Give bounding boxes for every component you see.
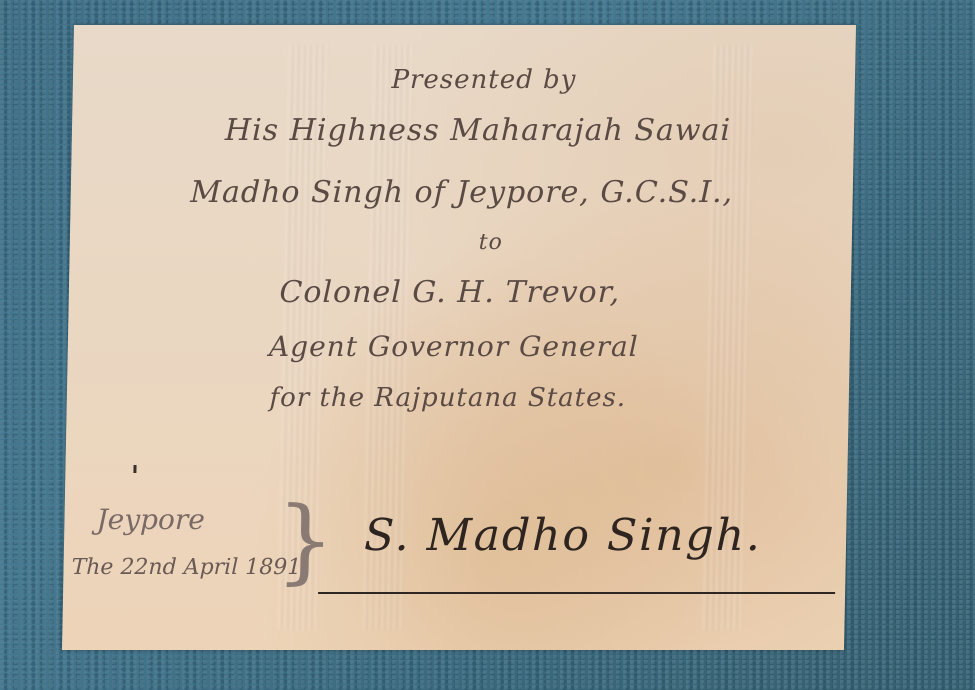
recipient-title-line: Agent Governor General <box>58 330 851 363</box>
inscription-paper: Presented by His Highness Maharajah Sawa… <box>62 25 856 650</box>
recipient-name-line: Colonel G. H. Trevor, <box>49 275 852 310</box>
date-text: The 22nd April 1891 <box>71 555 301 580</box>
presenter-name-line: Madho Singh of Jeypore, G.C.S.I., <box>70 175 853 210</box>
presented-by-line: Presented by <box>113 65 856 95</box>
signature: S. Madho Singh. <box>364 510 763 561</box>
signature-rule <box>318 592 835 594</box>
place-text: Jeypore <box>96 503 205 536</box>
ink-mark <box>133 465 136 473</box>
recipient-region-line: for the Rajputana States. <box>47 383 850 413</box>
presenter-title-line: His Highness Maharajah Sawai <box>102 113 855 148</box>
to-line: to <box>130 230 852 255</box>
brace-mark: } <box>275 495 335 587</box>
